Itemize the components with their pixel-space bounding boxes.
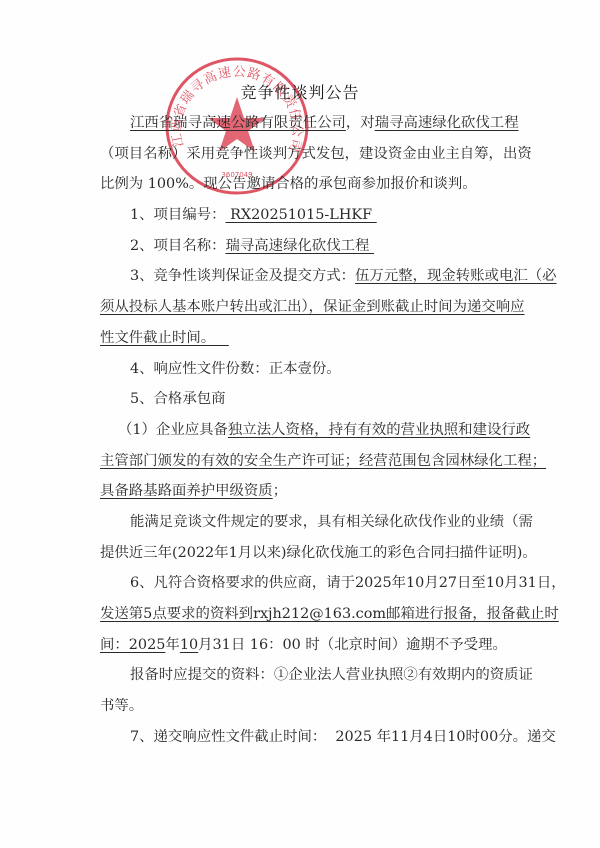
item-5: 5、合格承包商 — [100, 384, 502, 415]
item-5-sub-1: （1）企业应具备独立法人资格，持有有效的营业执照和建设行政 — [100, 415, 502, 446]
intro-line-3: 比例为 100%。现公告邀请合格的承包商参加报价和谈判。 — [100, 169, 502, 200]
item-6: 6、凡符合资格要求的供应商，请于2025年10月27日至10月31日， — [100, 568, 502, 599]
project-name-value: 瑞寻高速绿化砍伐工程 — [226, 238, 374, 254]
intro-line-2: （项目名称）采用竞争性谈判方式发包，建设资金由业主自筹，出资 — [100, 139, 502, 170]
filing-materials: 报备时应提交的资料：①企业法人营业执照②有效期内的资质证 — [100, 660, 502, 691]
item-2: 2、项目名称：瑞寻高速绿化砍伐工程 — [100, 231, 502, 262]
item-3: 3、竞争性谈判保证金及提交方式：伍万元整，现金转账或电汇（必 — [100, 261, 502, 292]
item-4: 4、响应性文件份数：正本壹份。 — [100, 354, 502, 385]
page-title: 竞争性谈判公告 — [0, 80, 600, 103]
item-1: 1、项目编号： RX20251015-LHKF — [100, 200, 502, 231]
document-page: 江西省瑞寻高速公路有限责任公司 3607049 竞争性谈判公告 江西省瑞寻高速公… — [0, 0, 600, 848]
project-code: RX20251015-LHKF — [226, 207, 377, 223]
document-body: 江西省瑞寻高速公路有限责任公司，对瑞寻高速绿化砍伐工程 （项目名称）采用竞争性谈… — [100, 108, 502, 752]
item-5-performance: 能满足竞谈文件规定的要求，具有相关绿化砍伐作业的业绩（需 — [100, 507, 502, 538]
company-name: 江西省瑞寻高速公路有限责任公司 — [130, 115, 346, 131]
item-7: 7、递交响应性文件截止时间： 2025 年11月4日10时00分。递交 — [100, 722, 502, 753]
filing-email-instruction: 发送第5点要求的资料到rxjh212@163.com邮箱进行报备，报备截止时 — [100, 606, 559, 622]
intro-line-1: 江西省瑞寻高速公路有限责任公司，对瑞寻高速绿化砍伐工程 — [100, 108, 502, 139]
project-name: 瑞寻高速绿化砍伐工程 — [375, 115, 519, 131]
